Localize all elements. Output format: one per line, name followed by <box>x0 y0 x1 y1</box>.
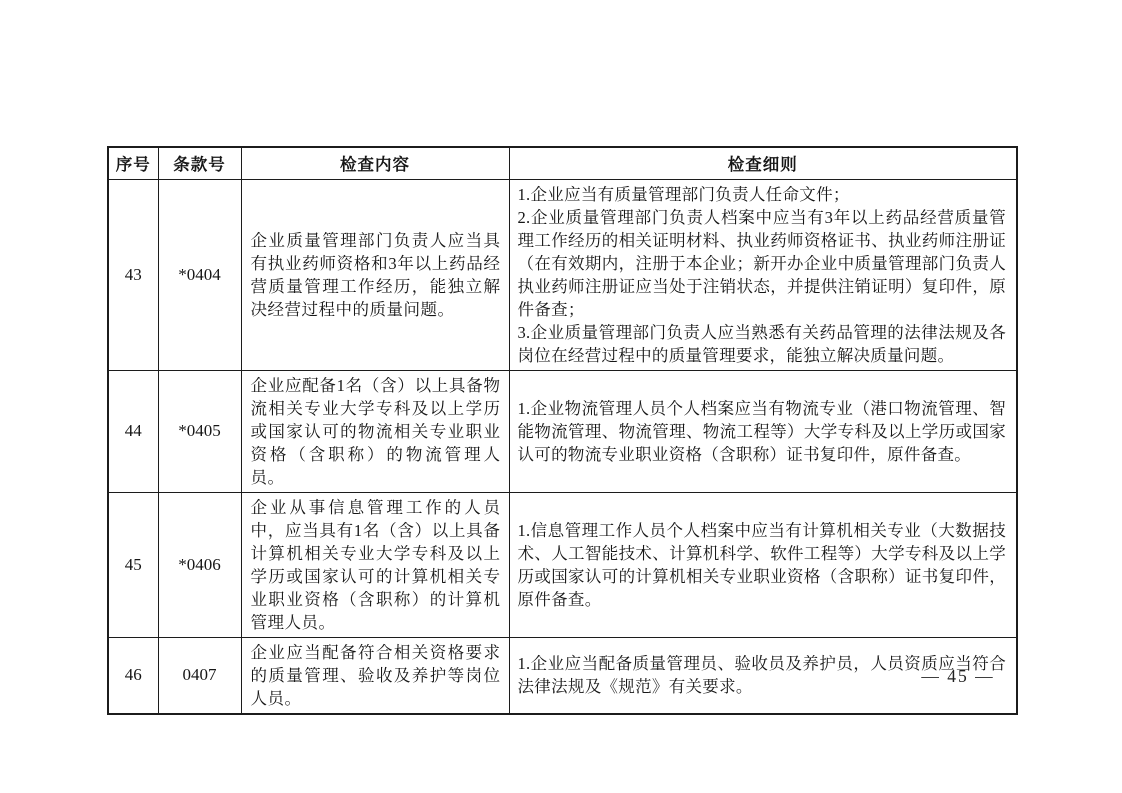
detail-item: 2.企业质量管理部门负责人档案中应当有3年以上药品经营质量管理工作经历的相关证明… <box>518 206 1007 321</box>
row-details: 1.企业应当有质量管理部门负责人任命文件；2.企业质量管理部门负责人档案中应当有… <box>509 179 1017 370</box>
row-seq: 46 <box>108 637 158 714</box>
header-details: 检查细则 <box>509 147 1017 179</box>
row-clause: *0404 <box>158 179 241 370</box>
row-clause: *0406 <box>158 492 241 637</box>
row-seq: 44 <box>108 370 158 492</box>
row-seq: 45 <box>108 492 158 637</box>
header-row: 序号 条款号 检查内容 检查细则 <box>108 147 1017 179</box>
row-content: 企业应当配备符合相关资格要求的质量管理、验收及养护等岗位人员。 <box>241 637 509 714</box>
document-page: 序号 条款号 检查内容 检查细则 43 *0404 企业质量管理部门负责人应当具… <box>0 0 1122 793</box>
detail-item: 1.信息管理工作人员个人档案中应当有计算机相关专业（大数据技术、人工智能技术、计… <box>518 519 1007 611</box>
row-clause: 0407 <box>158 637 241 714</box>
inspection-table: 序号 条款号 检查内容 检查细则 43 *0404 企业质量管理部门负责人应当具… <box>107 146 1018 715</box>
row-clause: *0405 <box>158 370 241 492</box>
table-body: 43 *0404 企业质量管理部门负责人应当具有执业药师资格和3年以上药品经营质… <box>108 179 1017 714</box>
table-header: 序号 条款号 检查内容 检查细则 <box>108 147 1017 179</box>
row-content: 企业应配备1名（含）以上具备物流相关专业大学专科及以上学历或国家认可的物流相关专… <box>241 370 509 492</box>
detail-item: 1.企业物流管理人员个人档案应当有物流专业（港口物流管理、智能物流管理、物流管理… <box>518 397 1007 466</box>
detail-item: 1.企业应当有质量管理部门负责人任命文件； <box>518 183 1007 206</box>
detail-item: 3.企业质量管理部门负责人应当熟悉有关药品管理的法律法规及各岗位在经营过程中的质… <box>518 321 1007 367</box>
row-seq: 43 <box>108 179 158 370</box>
table-row: 45 *0406 企业从事信息管理工作的人员中，应当具有1名（含）以上具备计算机… <box>108 492 1017 637</box>
row-content: 企业质量管理部门负责人应当具有执业药师资格和3年以上药品经营质量管理工作经历，能… <box>241 179 509 370</box>
page-number: — 45 — <box>900 666 1016 687</box>
header-content: 检查内容 <box>241 147 509 179</box>
table-row: 43 *0404 企业质量管理部门负责人应当具有执业药师资格和3年以上药品经营质… <box>108 179 1017 370</box>
table-row: 46 0407 企业应当配备符合相关资格要求的质量管理、验收及养护等岗位人员。 … <box>108 637 1017 714</box>
row-details: 1.信息管理工作人员个人档案中应当有计算机相关专业（大数据技术、人工智能技术、计… <box>509 492 1017 637</box>
table-row: 44 *0405 企业应配备1名（含）以上具备物流相关专业大学专科及以上学历或国… <box>108 370 1017 492</box>
row-details: 1.企业物流管理人员个人档案应当有物流专业（港口物流管理、智能物流管理、物流管理… <box>509 370 1017 492</box>
row-content: 企业从事信息管理工作的人员中，应当具有1名（含）以上具备计算机相关专业大学专科及… <box>241 492 509 637</box>
header-seq: 序号 <box>108 147 158 179</box>
header-clause: 条款号 <box>158 147 241 179</box>
